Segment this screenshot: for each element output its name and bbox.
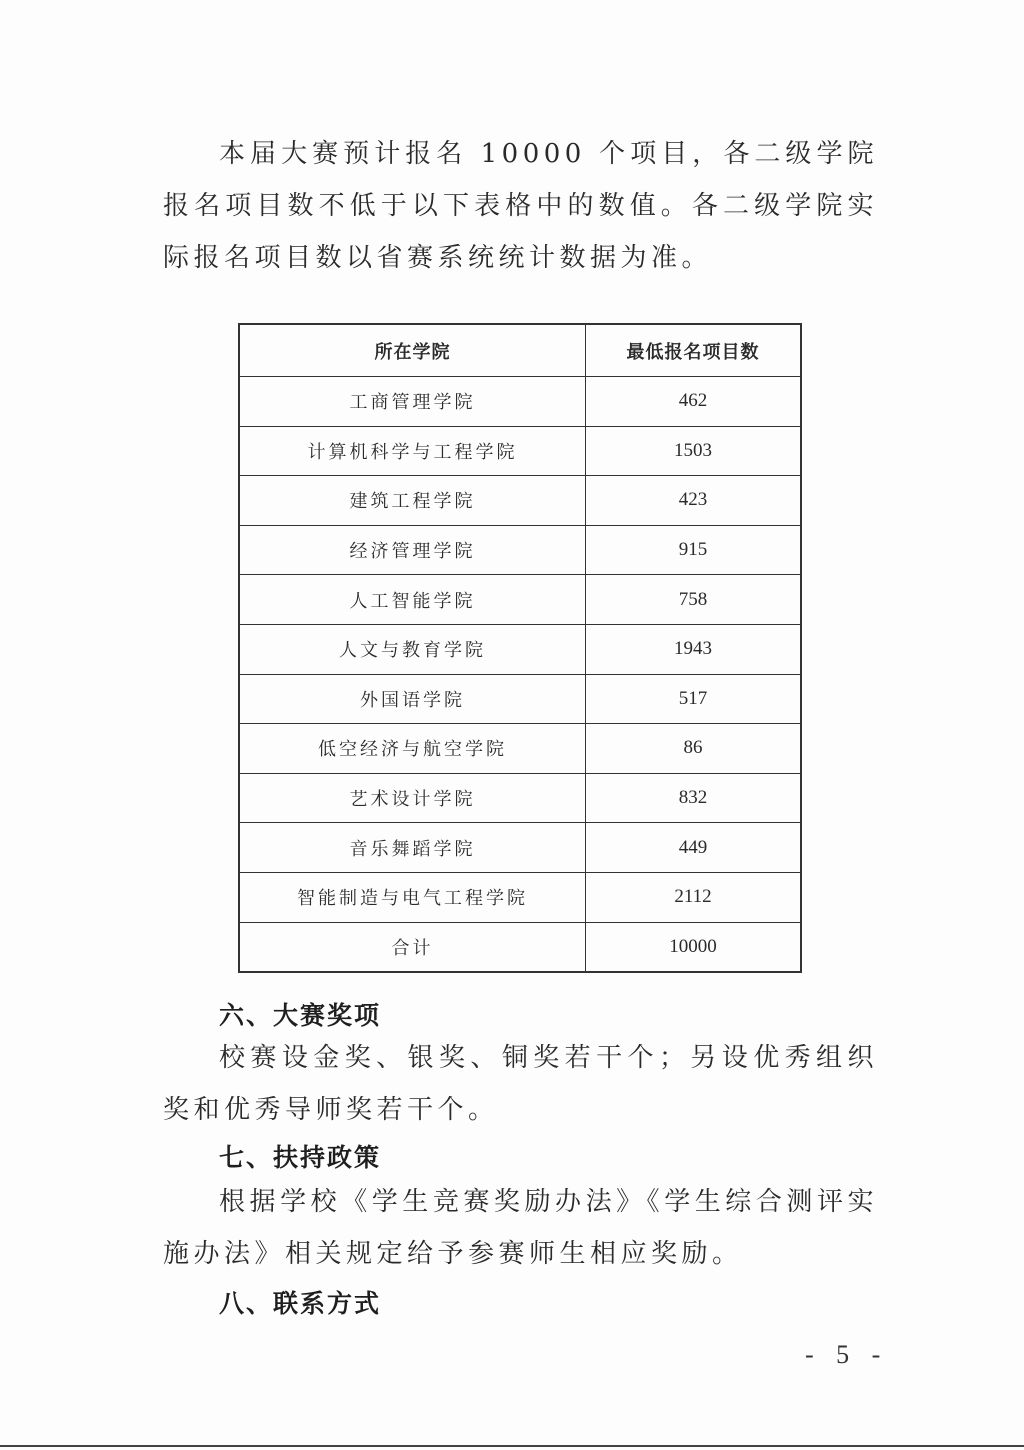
- college-name: 艺术设计学院: [239, 773, 586, 823]
- section-heading-awards: 六、大赛奖项: [219, 996, 381, 1032]
- table-row: 工商管理学院462: [239, 377, 801, 427]
- header-college: 所在学院: [239, 324, 586, 377]
- table-row: 智能制造与电气工程学院2112: [239, 872, 801, 922]
- college-quota-table: 所在学院 最低报名项目数 工商管理学院462 计算机科学与工程学院1503 建筑…: [238, 323, 802, 973]
- section-heading-contact: 八、联系方式: [219, 1284, 381, 1320]
- college-name: 人工智能学院: [239, 575, 586, 625]
- min-count: 1943: [586, 624, 802, 674]
- min-count: 832: [586, 773, 802, 823]
- min-count: 449: [586, 823, 802, 873]
- header-min-count: 最低报名项目数: [586, 324, 802, 377]
- college-name: 计算机科学与工程学院: [239, 426, 586, 476]
- total-count: 10000: [586, 922, 802, 972]
- intro-paragraph: 本届大赛预计报名 10000 个项目，各二级学院报名项目数不低于以下表格中的数值…: [163, 128, 878, 284]
- min-count: 915: [586, 525, 802, 575]
- college-name: 建筑工程学院: [239, 476, 586, 526]
- document-page: 本届大赛预计报名 10000 个项目，各二级学院报名项目数不低于以下表格中的数值…: [0, 0, 1024, 1450]
- table-row: 艺术设计学院832: [239, 773, 801, 823]
- table-row: 建筑工程学院423: [239, 476, 801, 526]
- page-number: - 5 -: [805, 1340, 888, 1370]
- table-row: 音乐舞蹈学院449: [239, 823, 801, 873]
- min-count: 517: [586, 674, 802, 724]
- table-row: 经济管理学院915: [239, 525, 801, 575]
- table-row: 人文与教育学院1943: [239, 624, 801, 674]
- table-total-row: 合计10000: [239, 922, 801, 972]
- table-row: 计算机科学与工程学院1503: [239, 426, 801, 476]
- min-count: 758: [586, 575, 802, 625]
- college-name: 经济管理学院: [239, 525, 586, 575]
- min-count: 2112: [586, 872, 802, 922]
- section-body-support-policy: 根据学校《学生竞赛奖励办法》《学生综合测评实施办法》相关规定给予参赛师生相应奖励…: [163, 1176, 878, 1280]
- table-row: 低空经济与航空学院86: [239, 724, 801, 774]
- college-name: 人文与教育学院: [239, 624, 586, 674]
- min-count: 423: [586, 476, 802, 526]
- bottom-border: [0, 1445, 1024, 1447]
- college-name: 音乐舞蹈学院: [239, 823, 586, 873]
- min-count: 86: [586, 724, 802, 774]
- table-header-row: 所在学院 最低报名项目数: [239, 324, 801, 377]
- table-row: 外国语学院517: [239, 674, 801, 724]
- section-body-awards: 校赛设金奖、银奖、铜奖若干个；另设优秀组织奖和优秀导师奖若干个。: [163, 1032, 878, 1136]
- section-heading-support-policy: 七、扶持政策: [219, 1138, 381, 1174]
- college-name: 外国语学院: [239, 674, 586, 724]
- min-count: 1503: [586, 426, 802, 476]
- min-count: 462: [586, 377, 802, 427]
- college-name: 低空经济与航空学院: [239, 724, 586, 774]
- table-row: 人工智能学院758: [239, 575, 801, 625]
- college-name: 工商管理学院: [239, 377, 586, 427]
- total-label: 合计: [239, 922, 586, 972]
- college-name: 智能制造与电气工程学院: [239, 872, 586, 922]
